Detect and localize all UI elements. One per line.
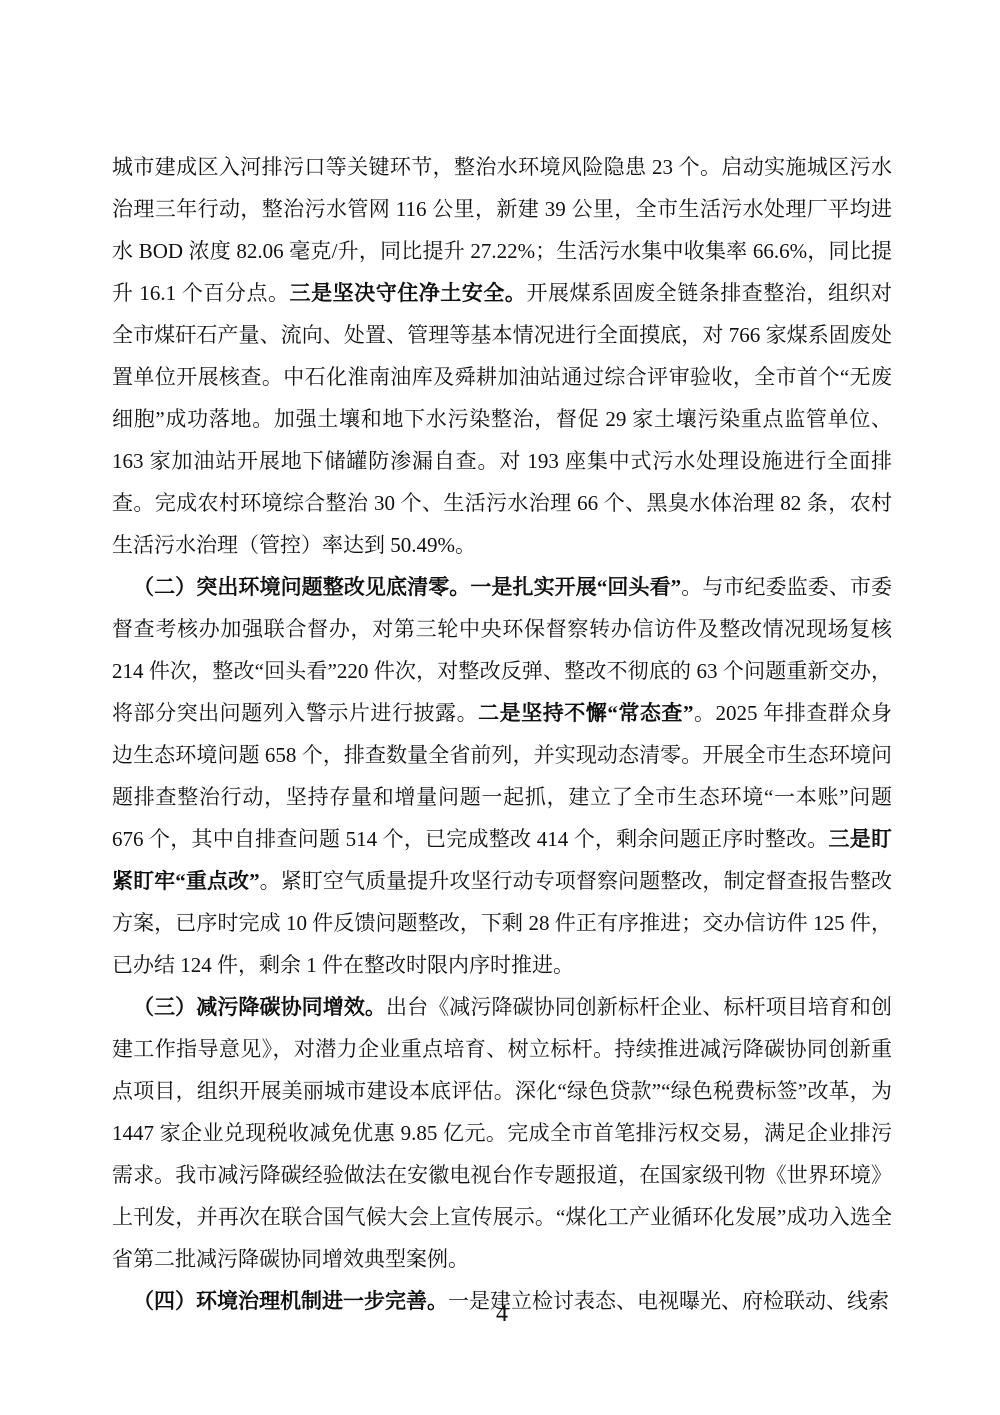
page: 城市建成区入河排污口等关键环节，整治水环境风险隐患 23 个。启动实施城区污水治… bbox=[0, 0, 1000, 1415]
page-number: 4 bbox=[112, 1296, 892, 1332]
bold-text-run: 二是坚持不懈“常态查” bbox=[478, 701, 693, 725]
paragraph: （三）减污降碳协同增效。出台《减污降碳协同创新标杆企业、标杆项目培育和创建工作指… bbox=[112, 986, 892, 1280]
document-body: 城市建成区入河排污口等关键环节，整治水环境风险隐患 23 个。启动实施城区污水治… bbox=[112, 146, 892, 1322]
paragraph: （二）突出环境问题整改见底清零。一是扎实开展“回头看”。与市纪委监委、市委督查考… bbox=[112, 566, 892, 986]
paragraph: 城市建成区入河排污口等关键环节，整治水环境风险隐患 23 个。启动实施城区污水治… bbox=[112, 146, 892, 566]
text-run: 开展煤系固废全链条排查整治，组织对全市煤矸石产量、流向、处置、管理等基本情况进行… bbox=[112, 281, 892, 557]
bold-text-run: 三是坚决守住净土安全。 bbox=[290, 281, 527, 305]
bold-text-run: （三）减污降碳协同增效。 bbox=[133, 995, 386, 1019]
bold-text-run: （二）突出环境问题整改见底清零。一是扎实开展“回头看” bbox=[133, 575, 681, 599]
text-run: 出台《减污降碳协同创新标杆企业、标杆项目培育和创建工作指导意见》，对潜力企业重点… bbox=[112, 995, 892, 1271]
